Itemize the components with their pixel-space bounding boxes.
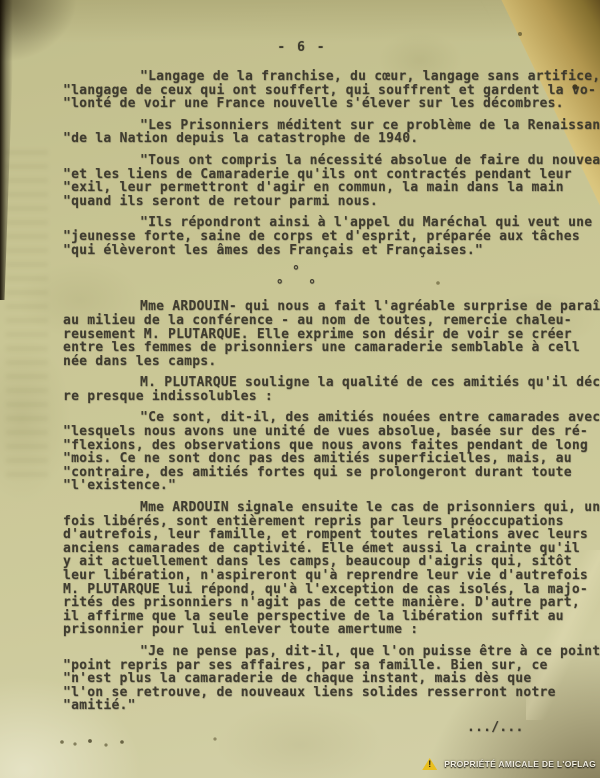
text-line: "qui élèveront les âmes des Français et …: [63, 244, 600, 258]
text-line: "exil, leur permettront d'agir en commun…: [63, 181, 600, 195]
text-line: entre les femmes de prisonniers une cama…: [63, 341, 600, 355]
text-line: "de la Nation depuis la catastrophe de 1…: [63, 132, 600, 146]
text-line: M. PLUTARQUE souligne la qualité de ces …: [63, 376, 600, 390]
text-line: Mme ARDOUIN- qui nous a fait l'agréable …: [63, 300, 600, 314]
text-line: leur libération, n'aspireront qu'à repre…: [63, 569, 600, 583]
text-line: "Tous ont compris la nécessité absolue d…: [63, 154, 600, 168]
watermark: ! PROPRIÉTÉ AMICALE DE L'OFLAG: [422, 758, 596, 770]
text-line: Mme ARDOUIN signale ensuite le cas de pr…: [63, 501, 600, 515]
text-line: y ait actuellement dans les camps, beauc…: [63, 555, 600, 569]
text-line: "mois. Ce ne sont donc pas des amitiés s…: [63, 452, 600, 466]
section-separator: °° °: [36, 265, 556, 292]
text-line: "lonté de voir une France nouvelle s'éle…: [63, 97, 600, 111]
paragraph: "Langage de la franchise, du cœur, langa…: [63, 70, 600, 111]
text-line: .../...: [63, 721, 600, 735]
paper-specks: [0, 0, 2, 2]
text-line: "jeunesse forte, saine de corps et d'esp…: [63, 230, 600, 244]
text-line: °: [36, 265, 556, 279]
paragraph: "Je ne pense pas, dit-il, que l'on puiss…: [63, 645, 600, 713]
text-line: "Je ne pense pas, dit-il, que l'on puiss…: [63, 645, 600, 659]
paragraph: Mme ARDOUIN- qui nous a fait l'agréable …: [63, 300, 600, 368]
text-line: "l'on se retrouve, de nouveaux liens sol…: [63, 686, 600, 700]
text-line: née dans les camps.: [63, 355, 600, 369]
paragraph: "Ce sont, dit-il, des amitiés nouées ent…: [63, 411, 600, 493]
text-line: rités des prisonniers n'agit pas de cett…: [63, 596, 600, 610]
text-line: au milieu de la conférence - au nom de t…: [63, 314, 600, 328]
paragraph: Mme ARDOUIN signale ensuite le cas de pr…: [63, 501, 600, 637]
text-line: "l'existence.": [63, 479, 600, 493]
paragraph: "Les Prisonniers méditent sur ce problèm…: [63, 119, 600, 146]
text-line: "quand ils seront de retour parmi nous.: [63, 195, 600, 209]
text-line: "amitié.": [63, 699, 600, 713]
text-line: "Langage de la franchise, du cœur, langa…: [63, 70, 600, 84]
paragraph: "Tous ont compris la nécessité absolue d…: [63, 154, 600, 208]
text-line: re presque indissolubles :: [63, 390, 600, 404]
text-line: prisonnier pour lui enlever toute amertu…: [63, 623, 600, 637]
warning-triangle-icon: !: [422, 758, 437, 770]
document-body: "Langage de la franchise, du cœur, langa…: [63, 70, 600, 743]
exclamation-glyph: !: [422, 759, 437, 770]
photographed-document: - 6 - "Langage de la franchise, du cœur,…: [0, 0, 600, 778]
paragraph: "Ils répondront ainsi à l'appel du Maréc…: [63, 216, 600, 257]
watermark-label: PROPRIÉTÉ AMICALE DE L'OFLAG: [444, 759, 596, 769]
paragraph: M. PLUTARQUE souligne la qualité de ces …: [63, 376, 600, 403]
continuation-mark: .../...: [63, 721, 600, 735]
text-line: d'autrefois, leur famille, et rompent to…: [63, 528, 600, 542]
page-number: - 6 -: [0, 41, 600, 55]
text-line: "Ils répondront ainsi à l'appel du Maréc…: [63, 216, 600, 230]
text-line: "lesquels nous avons une unité de vues a…: [63, 425, 600, 439]
text-line: "n'est plus la camaraderie de chaque ins…: [63, 672, 600, 686]
text-line: ° °: [36, 279, 556, 293]
